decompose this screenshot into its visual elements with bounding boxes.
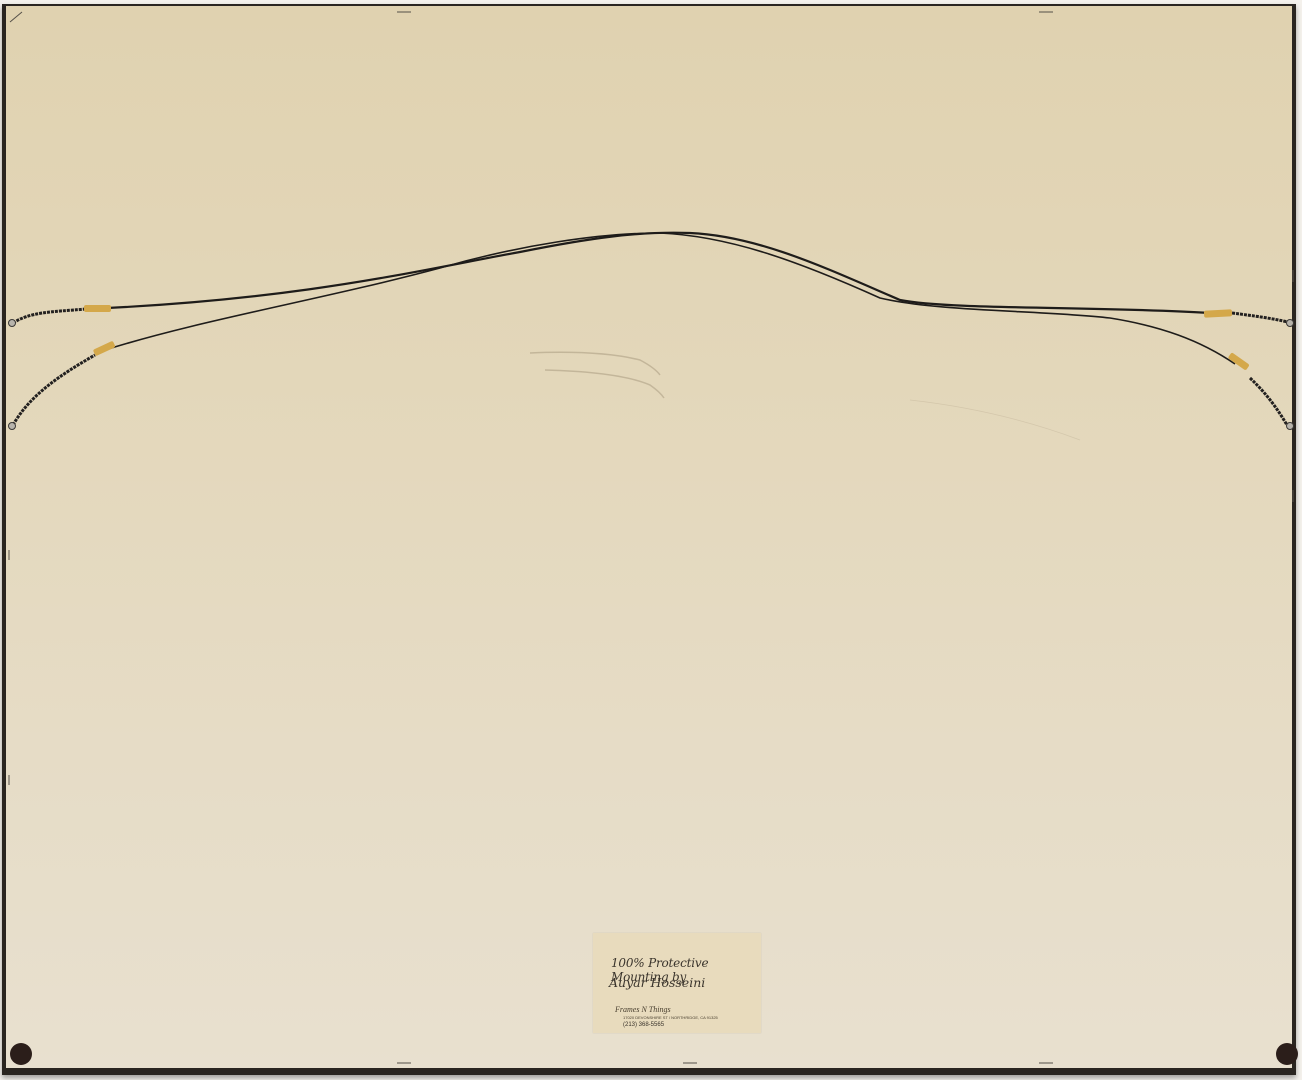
wire-sleeve-left-lower — [93, 341, 116, 357]
wire-twist-right-upper — [1232, 313, 1288, 322]
felt-bumper-icon — [1276, 1043, 1298, 1065]
screw-eye-icons — [9, 320, 1294, 430]
wire-twist-right-lower — [1250, 378, 1287, 425]
wire-lower — [105, 233, 1235, 364]
wire-twist-left-upper — [13, 309, 86, 323]
edge-tick-marks — [9, 12, 1293, 1063]
wire-sleeve-left-upper — [84, 305, 111, 312]
framer-label: 100% Protective Mounting by Auyar Hossei… — [593, 933, 761, 1033]
wire-sleeve-right-upper — [1204, 309, 1232, 317]
smudge-marks — [530, 352, 1080, 440]
wire-upper — [86, 233, 1210, 313]
felt-bumper-icon — [10, 1043, 32, 1065]
label-handwritten-line-2: Auyar Hosseini — [609, 975, 705, 990]
hanging-wire-assembly — [0, 0, 1302, 1080]
label-shop-name: Frames N Things — [615, 1005, 671, 1014]
wire-twist-left-lower — [13, 355, 95, 425]
label-shop-phone: (213) 368-5565 — [623, 1022, 664, 1028]
label-shop-address: 17020 DEVONSHIRE ST / NORTHRIDGE, CA 913… — [623, 1016, 718, 1020]
